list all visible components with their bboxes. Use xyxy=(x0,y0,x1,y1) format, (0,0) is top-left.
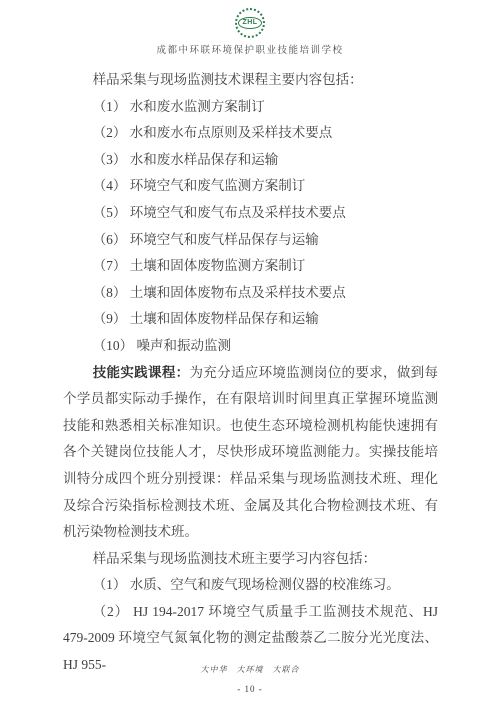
list1-item-4: （4） 环境空气和废气监测方案制订 xyxy=(63,173,438,200)
footer-motto: 大中华 大环境 大联合 xyxy=(0,664,500,675)
list1-item-10: （10） 噪声和振动监测 xyxy=(63,333,438,360)
list1-item-3: （3） 水和废水样品保存和运输 xyxy=(63,147,438,174)
list1-item-8: （8） 土壤和固体废物布点及采样技术要点 xyxy=(63,280,438,307)
school-name: 成都中环联环境保护职业技能培训学校 xyxy=(0,42,500,56)
section1-heading: 样品采集与现场监测技术课程主要内容包括： xyxy=(63,67,438,94)
list1-item-2: （2） 水和废水布点原则及采样技术要点 xyxy=(63,120,438,147)
page-number: - 10 - xyxy=(0,684,500,694)
list1-item-5: （5） 环境空气和废气布点及采样技术要点 xyxy=(63,200,438,227)
document-body: 样品采集与现场监测技术课程主要内容包括： （1） 水和废水监测方案制订 （2） … xyxy=(0,56,500,679)
list1-item-9: （9） 土壤和固体废物样品保存和运输 xyxy=(63,306,438,333)
skills-practice-paragraph: 技能实践课程：为充分适应环境监测岗位的要求，做到每个学员都实际动手操作，在有限培… xyxy=(63,360,438,546)
page-header: ZHL 成都中环联环境保护职业技能培训学校 xyxy=(0,0,500,56)
list1-item-6: （6） 环境空气和废气样品保存与运输 xyxy=(63,227,438,254)
logo-text: ZHL xyxy=(238,17,261,29)
document-page: ZHL 成都中环联环境保护职业技能培训学校 样品采集与现场监测技术课程主要内容包… xyxy=(0,0,500,707)
school-logo-icon: ZHL xyxy=(235,8,265,38)
list1-item-7: （7） 土壤和固体废物监测方案制订 xyxy=(63,253,438,280)
section2-heading: 样品采集与现场监测技术班主要学习内容包括： xyxy=(63,546,438,573)
list2-item-1: （1） 水质、空气和废气现场检测仪器的校准练习。 xyxy=(63,572,438,599)
skills-practice-label: 技能实践课程： xyxy=(93,365,190,380)
skills-practice-text: 为充分适应环境监测岗位的要求，做到每个学员都实际动手操作，在有限培训时间里真正掌… xyxy=(63,365,438,540)
list1-item-1: （1） 水和废水监测方案制订 xyxy=(63,94,438,121)
page-footer: 大中华 大环境 大联合 - 10 - xyxy=(0,664,500,694)
